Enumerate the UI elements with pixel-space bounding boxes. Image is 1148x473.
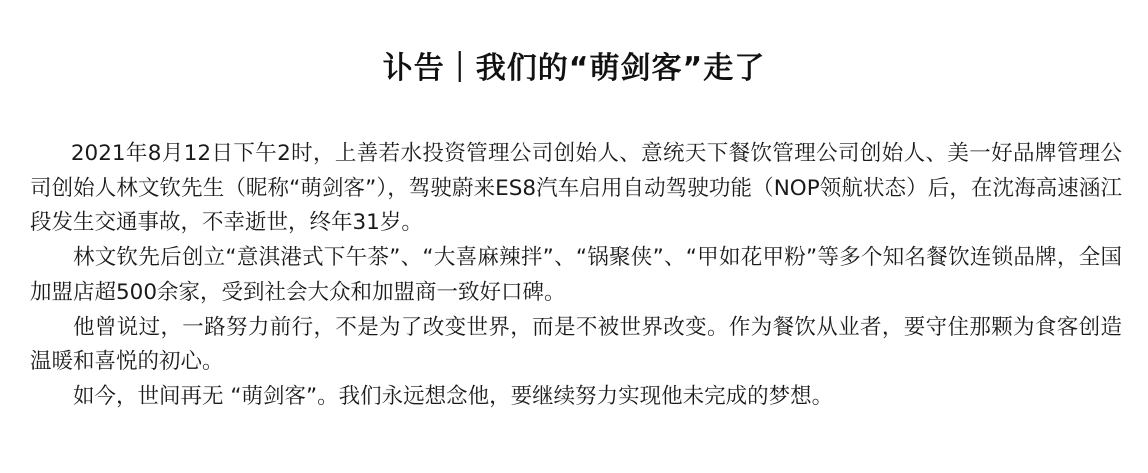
paragraph-announcement: 2021年8月12日下午2时，上善若水投资管理公司创始人、意统天下餐饮管理公司创… — [30, 137, 1122, 241]
page-title: 讣告｜我们的“萌剑客”走了 — [0, 44, 1148, 94]
paragraph-ventures: 林文钦先后创立“意淇港式下午茶”、“大喜麻辣拌”、“锅聚侠”、“甲如花甲粉”等多… — [30, 241, 1122, 310]
paragraph-quote: 他曾说过，一路努力前行，不是为了改变世界，而是不被世界改变。作为餐饮从业者，要守… — [30, 311, 1122, 380]
article-body: 2021年8月12日下午2时，上善若水投资管理公司创始人、意统天下餐饮管理公司创… — [30, 137, 1122, 415]
paragraph-closing: 如今，世间再无 “萌剑客”。我们永远想念他，要继续努力实现他未完成的梦想。 — [30, 380, 1122, 415]
obituary-document: 讣告｜我们的“萌剑客”走了 2021年8月12日下午2时，上善若水投资管理公司创… — [0, 0, 1148, 473]
